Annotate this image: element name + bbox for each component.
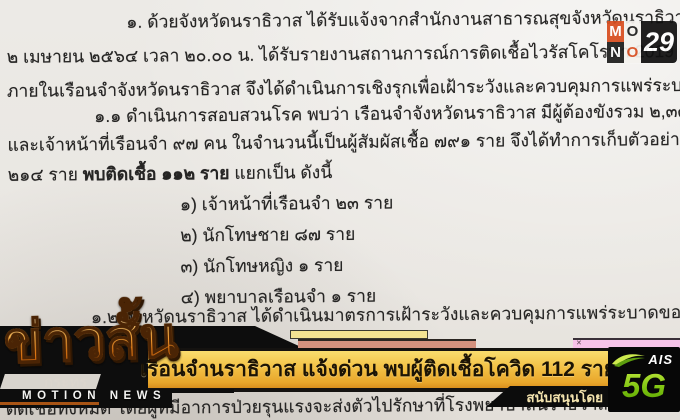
doc-line: ๑.๒ จังหวัดนราธิวาส ได้ดำเนินมาตรการเฝ้า… [91,300,680,329]
doc-line-post: แยกเป็น ดังนี้ [229,162,332,183]
ais-swoosh-icon [611,352,647,368]
orange-underline-bar [0,402,99,405]
tv-news-frame: ๑. ด้วยจังหวัดนราธิวาส ได้รับแจ้งจากสำนั… [0,0,680,420]
doc-list-item: ๑) เจ้าหน้าที่เรือนจำ ๒๓ ราย [180,191,394,217]
mono29-letter-o1: O [624,21,641,42]
yellow-accent-ribbon [290,330,428,339]
pink-strip-mark: ✕ [576,340,582,347]
doc-line-bold: พบติดเชื้อ ๑๑๒ ราย [83,163,230,184]
mono29-logo: M O N O 29 [607,21,677,63]
headline-banner: เรือนจำนราธิวาส แจ้งด่วน พบผู้ติดเชื้อโค… [148,348,608,392]
program-logo-text: ข่าวสั้น [3,309,178,371]
doc-list-item: ๒) นักโทษชาย ๘๗ ราย [180,222,355,248]
mono29-letter-n: N [607,42,624,63]
mono29-letter-m: M [607,21,624,42]
headline-text: เรือนจำนราธิวาส แจ้งด่วน พบผู้ติดเชื้อโค… [140,353,616,386]
ais-brand-text: AIS [648,352,673,367]
mono29-letter-grid: M O N O [607,21,641,63]
doc-line: ๑. ด้วยจังหวัดนราธิวาส ได้รับแจ้งจากสำนั… [126,4,680,34]
doc-line: ๒ เมษายน ๒๕๖๔ เวลา ๒๐.๐๐ น. ได้รับรายงาน… [7,39,674,69]
doc-list-item: ๓) นักโทษหญิง ๑ ราย [180,253,343,278]
program-logo: ข่าวสั้น กระทร MOTION NEWS [4,312,178,368]
mono29-letter-o2: O [624,42,641,63]
ais-5g-text: 5G [608,367,680,405]
doc-line-infection-count: ๒๑๔ ราย พบติดเชื้อ ๑๑๒ ราย แยกเป็น ดังนี… [8,160,333,187]
doc-line: ภายในเรือนจำจังหวัดนราธิวาส จึงได้ดำเนิน… [7,72,680,103]
doc-line: ๑.๑ ดำเนินการสอบสวนโรค พบว่า เรือนจำจังห… [94,99,680,129]
mono29-number: 29 [641,21,677,63]
ais-5g-logo: AIS 5G [608,347,680,412]
program-subtitle: MOTION NEWS [22,390,166,402]
sponsor-label: สนับสนุนโดย [526,386,603,408]
doc-line: และเจ้าหน้าที่เรือนจำ ๙๗ คน ในจำนวนนี้เป… [7,126,680,157]
doc-line-pre: ๒๑๔ ราย [8,164,83,185]
